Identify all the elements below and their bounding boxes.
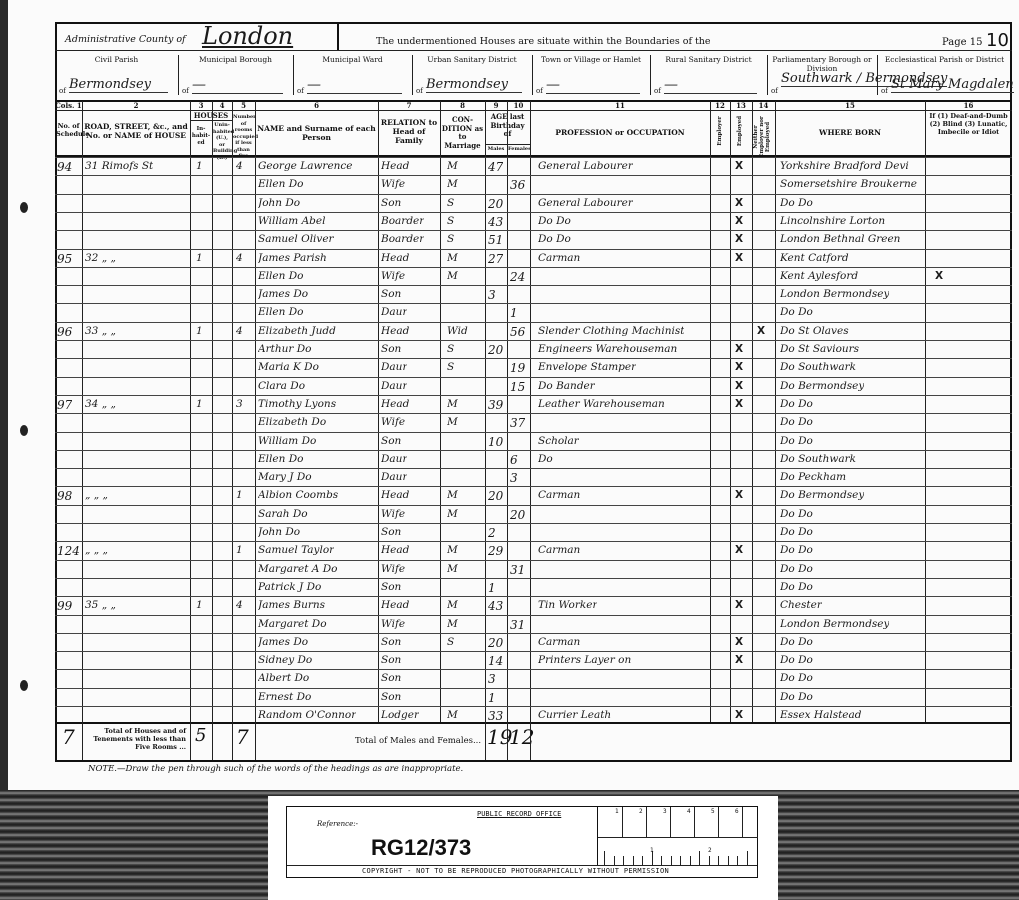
birthplace: Do Do: [780, 563, 813, 575]
birthplace: London Bermondsey: [780, 618, 889, 630]
person-name: Ernest Do: [258, 691, 311, 703]
marital-condition: M: [447, 544, 458, 556]
marital-condition: M: [447, 709, 458, 721]
birthplace: Do Do: [780, 581, 813, 593]
employed-mark: X: [735, 654, 743, 666]
marital-condition: S: [447, 197, 454, 209]
rooms-count: 3: [236, 398, 243, 410]
person-name: William Do: [258, 435, 316, 447]
birthplace: Do Bermondsey: [780, 489, 864, 501]
footnote: NOTE.—Draw the pen through such of the w…: [88, 764, 463, 774]
occupation: Carman: [538, 544, 580, 556]
age-female: 3: [510, 471, 518, 485]
relation: Wife: [381, 178, 405, 190]
table-row: Ernest DoSon1Do Do: [0, 689, 1019, 707]
relation: Son: [381, 672, 401, 684]
relation: Son: [381, 288, 401, 300]
table-row: 9431 Rimofs St14George LawrenceHeadM47Ge…: [0, 158, 1019, 176]
birthplace: Do Do: [780, 672, 813, 684]
ruler-tick-label: 5: [711, 808, 715, 815]
person-name: James Do: [258, 288, 308, 300]
age-male: 20: [488, 489, 503, 503]
age-male: 10: [488, 435, 503, 449]
person-name: Margaret Do: [258, 618, 327, 630]
neither-mark: X: [757, 325, 765, 337]
table-row: Ellen DoWifeM24Kent AylesfordX: [0, 268, 1019, 286]
employed-mark: X: [735, 160, 743, 172]
marital-condition: M: [447, 270, 458, 282]
person-name: Albion Coombs: [258, 489, 338, 501]
header-field-urban-sanitary-district: Urban Sanitary DistrictofBermondsey: [412, 51, 532, 100]
header-field-ecclesiastical-parish-or-district: Ecclesiastical Parish or DistrictofSt Ma…: [877, 51, 1012, 100]
table-row: Patrick J DoSon1Do Do: [0, 579, 1019, 597]
marital-condition: M: [447, 252, 458, 264]
relation: Son: [381, 197, 401, 209]
reference-label: PUBLIC RECORD OFFICE Reference:- RG12/37…: [268, 796, 778, 900]
employed-mark: X: [735, 380, 743, 392]
table-row: 9734 „ „13Timothy LyonsHeadM39Leather Wa…: [0, 396, 1019, 414]
occupation: Carman: [538, 489, 580, 501]
column-number: 9: [485, 102, 507, 110]
table-row: John DoSonS20General LabourerXDo Do: [0, 195, 1019, 213]
birthplace: Do Southwark: [780, 453, 856, 465]
marital-condition: S: [447, 233, 454, 245]
inhabited-count: 1: [196, 599, 203, 611]
total-houses-label: Total of Houses and of Tenements with le…: [86, 727, 186, 751]
age-female: 1: [510, 306, 518, 320]
header-field-label: Urban Sanitary District: [412, 55, 532, 64]
person-name: Arthur Do: [258, 343, 311, 355]
schedule-number: 99: [57, 599, 72, 613]
age-male: 2: [488, 526, 496, 540]
marital-condition: M: [447, 618, 458, 630]
column-number: Cols. 1: [55, 102, 82, 110]
table-row: Margaret DoWifeM31London Bermondsey: [0, 616, 1019, 634]
marital-condition: M: [447, 160, 458, 172]
birthplace: Do Do: [780, 526, 813, 538]
birthplace: Do Do: [780, 435, 813, 447]
birthplace: Do Do: [780, 508, 813, 520]
age-female: 20: [510, 508, 525, 522]
admin-county-value: London: [202, 22, 293, 50]
age-male: 14: [488, 654, 503, 668]
age-male: 3: [488, 288, 496, 302]
table-row: 9633 „ „14Elizabeth JuddHeadWid56Slender…: [0, 323, 1019, 341]
marital-condition: Wid: [447, 325, 468, 337]
reference-prefix: Reference:-: [317, 820, 358, 828]
relation: Daur: [381, 453, 407, 465]
column-header-c7: RELATION to Head of Family: [379, 118, 439, 145]
age-male: 3: [488, 672, 496, 686]
employed-mark: X: [735, 343, 743, 355]
birthplace: Do St Saviours: [780, 343, 859, 355]
birthplace: Do Peckham: [780, 471, 846, 483]
header-field-value: —: [546, 77, 640, 94]
birthplace: Do Do: [780, 654, 813, 666]
header-field-label: Civil Parish: [55, 55, 178, 64]
header-field-label: Town or Village or Hamlet: [532, 55, 650, 64]
employed-mark: X: [735, 544, 743, 556]
occupation: Envelope Stamper: [538, 361, 636, 373]
birthplace: Do St Olaves: [780, 325, 849, 337]
relation: Daur: [381, 380, 407, 392]
of-label: of: [771, 87, 778, 95]
column-header-c14: Neither Employer nor Employed: [753, 115, 771, 159]
age-male: 27: [488, 252, 503, 266]
birthplace: Do Do: [780, 306, 813, 318]
occupation: Carman: [538, 252, 580, 264]
employed-mark: X: [735, 197, 743, 209]
table-row: Margaret A DoWifeM31Do Do: [0, 561, 1019, 579]
total-houses: 5: [195, 725, 206, 746]
age-male: 1: [488, 581, 496, 595]
age-female: 19: [510, 361, 525, 375]
age-male: 29: [488, 544, 503, 558]
of-label: of: [297, 87, 304, 95]
column-header-c1: No. of Schedule: [56, 122, 81, 138]
occupation: Printers Layer on: [538, 654, 631, 666]
of-label: of: [182, 87, 189, 95]
marital-condition: S: [447, 343, 454, 355]
table-row: Clara DoDaur15Do BanderXDo Bermondsey: [0, 378, 1019, 396]
marital-condition: M: [447, 508, 458, 520]
column-header-c2: ROAD, STREET, &c., and No. or NAME of HO…: [83, 122, 189, 140]
birthplace: London Bethnal Green: [780, 233, 900, 245]
relation: Boarder: [381, 233, 424, 245]
occupation: Engineers Warehouseman: [538, 343, 677, 355]
person-name: Elizabeth Do: [258, 416, 326, 428]
column-header-c6: NAME and Surname of each Person: [256, 124, 377, 142]
age-male: 20: [488, 636, 503, 650]
header-field-civil-parish: Civil ParishofBermondsey: [55, 51, 178, 100]
infirmity-mark: X: [935, 270, 943, 282]
ruler-tick-label: 1: [615, 808, 619, 815]
marital-condition: M: [447, 563, 458, 575]
relation: Wife: [381, 563, 405, 575]
age-male: 51: [488, 233, 503, 247]
column-number: 8: [440, 102, 485, 110]
person-name: Mary J Do: [258, 471, 312, 483]
table-row: Albert DoSon3Do Do: [0, 670, 1019, 688]
column-number: 3: [190, 102, 212, 110]
relation: Boarder: [381, 215, 424, 227]
header-field-municipal-ward: Municipal Wardof—: [293, 51, 412, 100]
header-field-label: Rural Sanitary District: [650, 55, 767, 64]
table-row: Sarah DoWifeM20Do Do: [0, 506, 1019, 524]
table-row: Ellen DoDaur6DoDo Southwark: [0, 451, 1019, 469]
road-address: 34 „ „: [85, 398, 116, 410]
measurement-ruler: 12345612: [597, 807, 758, 865]
age-female: 15: [510, 380, 525, 394]
relation: Son: [381, 691, 401, 703]
occupation: General Labourer: [538, 197, 633, 209]
birthplace: Somersetshire Broukerne: [780, 178, 917, 190]
admin-county-label: Administrative County of: [65, 34, 186, 45]
of-label: of: [536, 87, 543, 95]
person-name: John Do: [258, 197, 300, 209]
relation: Daur: [381, 361, 407, 373]
occupation: Do Do: [538, 233, 571, 245]
employed-mark: X: [735, 636, 743, 648]
schedule-number: 95: [57, 252, 72, 266]
column-header-c15: WHERE BORN: [776, 128, 924, 137]
column-header-c13: Employed: [737, 109, 743, 153]
occupation: Currier Leath: [538, 709, 611, 721]
table-row: Samuel OliverBoarderS51Do DoXLondon Beth…: [0, 231, 1019, 249]
column-number: 16: [925, 102, 1012, 110]
marital-condition: S: [447, 636, 454, 648]
occupation: Slender Clothing Machinist: [538, 325, 684, 337]
ruler-tick-label: 3: [663, 808, 667, 815]
relation: Wife: [381, 618, 405, 630]
inhabited-count: 1: [196, 325, 203, 337]
header-field-value: —: [192, 77, 283, 94]
occupation: General Labourer: [538, 160, 633, 172]
marital-condition: M: [447, 178, 458, 190]
column-header-c9: Males: [486, 146, 506, 153]
inhabited-count: 1: [196, 398, 203, 410]
birthplace: Do Bermondsey: [780, 380, 864, 392]
column-number: 11: [530, 102, 710, 110]
age-female: 56: [510, 325, 525, 339]
relation: Daur: [381, 471, 407, 483]
ruler-tick-label: 4: [687, 808, 691, 815]
rooms-count: 4: [236, 599, 243, 611]
header-field-rural-sanitary-district: Rural Sanitary Districtof—: [650, 51, 767, 100]
person-name: Ellen Do: [258, 306, 303, 318]
employed-mark: X: [735, 398, 743, 410]
person-name: Clara Do: [258, 380, 305, 392]
relation: Son: [381, 435, 401, 447]
relation: Head: [381, 398, 409, 410]
header-field-value: St Mary Magdalen: [891, 77, 1014, 93]
occupation: Do: [538, 453, 553, 465]
person-name: Samuel Oliver: [258, 233, 334, 245]
person-name: John Do: [258, 526, 300, 538]
ruler-tick-label: 2: [639, 808, 643, 815]
marital-condition: S: [447, 215, 454, 227]
column-header-c11: PROFESSION or OCCUPATION: [531, 128, 709, 137]
header-field-municipal-borough: Municipal Boroughof—: [178, 51, 293, 100]
employed-mark: X: [735, 489, 743, 501]
person-name: Elizabeth Judd: [258, 325, 336, 337]
ruler-tick-label: 6: [735, 808, 739, 815]
schedule-number: 98: [57, 489, 72, 503]
marital-condition: M: [447, 489, 458, 501]
occupation: Do Do: [538, 215, 571, 227]
ruler-tick-label: 2: [708, 847, 712, 854]
column-number: 7: [378, 102, 440, 110]
relation: Wife: [381, 270, 405, 282]
person-name: James Burns: [258, 599, 325, 611]
age-female: 24: [510, 270, 525, 284]
person-name: Samuel Taylor: [258, 544, 334, 556]
age-female: 31: [510, 618, 525, 632]
age-male: 20: [488, 197, 503, 211]
age-male: 47: [488, 160, 503, 174]
relation: Head: [381, 544, 409, 556]
header-field-parliamentary-borough-or-division: Parliamentary Borough or DivisionofSouth…: [767, 51, 877, 100]
table-row: Ellen DoWifeM36Somersetshire Broukerne: [0, 176, 1019, 194]
relation: Son: [381, 343, 401, 355]
relation: Wife: [381, 416, 405, 428]
copyright-notice: COPYRIGHT - NOT TO BE REPRODUCED PHOTOGR…: [362, 867, 669, 875]
person-name: Timothy Lyons: [258, 398, 336, 410]
person-name: Ellen Do: [258, 270, 303, 282]
person-name: Random O'Connor: [258, 709, 356, 721]
road-address: „ „ „: [85, 544, 108, 556]
relation: Head: [381, 325, 409, 337]
header-field-value: —: [664, 77, 757, 94]
birthplace: Kent Aylesford: [780, 270, 858, 282]
age-male: 43: [488, 215, 503, 229]
schedule-number: 94: [57, 160, 72, 174]
boundaries-text: The undermentioned Houses are situate wi…: [376, 36, 711, 47]
marital-condition: M: [447, 398, 458, 410]
relation: Son: [381, 526, 401, 538]
person-name: Maria K Do: [258, 361, 319, 373]
relation: Lodger: [381, 709, 419, 721]
relation: Head: [381, 252, 409, 264]
header-field-value: —: [307, 77, 402, 94]
relation: Daur: [381, 306, 407, 318]
age-male: 33: [488, 709, 503, 723]
relation: Son: [381, 581, 401, 593]
employed-mark: X: [735, 361, 743, 373]
reference-number: RG12/373: [371, 835, 471, 861]
table-row: Arthur DoSonS20Engineers WarehousemanXDo…: [0, 341, 1019, 359]
table-row: James DoSon3London Bermondsey: [0, 286, 1019, 304]
table-row: William DoSon10ScholarDo Do: [0, 433, 1019, 451]
page-label: Page 15: [942, 37, 982, 48]
rooms-count: 4: [236, 325, 243, 337]
employed-mark: X: [735, 599, 743, 611]
rooms-count: 1: [236, 544, 243, 556]
table-row: James DoSonS20CarmanXDo Do: [0, 634, 1019, 652]
column-number: 5: [232, 102, 255, 110]
road-address: 31 Rimofs St: [85, 160, 153, 172]
inhabited-count: 1: [196, 252, 203, 264]
relation: Son: [381, 636, 401, 648]
relation: Wife: [381, 508, 405, 520]
occupation: Scholar: [538, 435, 579, 447]
birthplace: Do Do: [780, 197, 813, 209]
person-name: Sidney Do: [258, 654, 312, 666]
rooms-count: 4: [236, 160, 243, 172]
age-female: 6: [510, 453, 518, 467]
header-field-label: Municipal Ward: [293, 55, 412, 64]
header-field-label: Ecclesiastical Parish or District: [877, 55, 1012, 64]
table-row: 9532 „ „14James ParishHeadM27CarmanXKent…: [0, 250, 1019, 268]
age-male: 20: [488, 343, 503, 357]
marital-condition: S: [447, 361, 454, 373]
birthplace: Do Southwark: [780, 361, 856, 373]
of-label: of: [654, 87, 661, 95]
employed-mark: X: [735, 215, 743, 227]
birthplace: London Bermondsey: [780, 288, 889, 300]
table-row: Ellen DoDaur1Do Do: [0, 304, 1019, 322]
header-field-town-or-village-or-hamlet: Town or Village or Hamletof—: [532, 51, 650, 100]
relation: Son: [381, 654, 401, 666]
employed-mark: X: [735, 709, 743, 721]
of-label: of: [881, 87, 888, 95]
birthplace: Yorkshire Bradford Devi: [780, 160, 909, 172]
column-number: 6: [255, 102, 378, 110]
birthplace: Chester: [780, 599, 822, 611]
header-field-label: Municipal Borough: [178, 55, 293, 64]
relation: Head: [381, 489, 409, 501]
of-label: of: [59, 87, 66, 95]
column-header-c5: Number of rooms occupied if less than fi…: [233, 114, 254, 160]
rooms-count: 1: [236, 489, 243, 501]
column-header-c16: If (1) Deaf-and-Dumb (2) Blind (3) Lunat…: [926, 112, 1011, 136]
rooms-count: 4: [236, 252, 243, 264]
column-number: 14: [752, 102, 775, 110]
column-header-c4: Unin-habited (U.), or Building (B.): [213, 122, 231, 161]
age-male: 1: [488, 691, 496, 705]
total-persons-label: Total of Males and Females...: [355, 736, 481, 746]
page-number: 10: [986, 30, 1009, 51]
total-schedules: 7: [62, 725, 75, 749]
age-female: 37: [510, 416, 525, 430]
birthplace: Essex Halstead: [780, 709, 862, 721]
person-name: William Abel: [258, 215, 325, 227]
road-address: 32 „ „: [85, 252, 116, 264]
admin-county-box: Administrative County of London: [57, 24, 339, 51]
table-row: Maria K DoDaurS19Envelope StamperXDo Sou…: [0, 359, 1019, 377]
age-female: 31: [510, 563, 525, 577]
birthplace: Do Do: [780, 416, 813, 428]
record-office-name: PUBLIC RECORD OFFICE: [477, 810, 561, 818]
table-row: William AbelBoarderS43Do DoXLincolnshire…: [0, 213, 1019, 231]
table-row: 9935 „ „14James BurnsHeadM43Tin WorkerXC…: [0, 597, 1019, 615]
road-address: 35 „ „: [85, 599, 116, 611]
birthplace: Do Do: [780, 398, 813, 410]
occupation: Tin Worker: [538, 599, 597, 611]
column-header-c8: CON-DITION as to Marriage: [441, 116, 484, 150]
relation: Head: [381, 599, 409, 611]
age-male: 43: [488, 599, 503, 613]
column-header-c3: In-habit-ed: [191, 126, 211, 147]
occupation: Do Bander: [538, 380, 595, 392]
table-row: Sidney DoSon14Printers Layer onXDo Do: [0, 652, 1019, 670]
person-name: Albert Do: [258, 672, 309, 684]
table-row: 98„ „ „1Albion CoombsHeadM20CarmanXDo Be…: [0, 487, 1019, 505]
column-number: 2: [82, 102, 190, 110]
person-name: Ellen Do: [258, 178, 303, 190]
birthplace: Do Do: [780, 636, 813, 648]
schedule-number: 124: [57, 544, 80, 558]
column-number: 15: [775, 102, 925, 110]
occupation: Carman: [538, 636, 580, 648]
person-name: James Parish: [258, 252, 327, 264]
column-header-c10: Females: [508, 146, 529, 153]
marital-condition: M: [447, 416, 458, 428]
person-name: Margaret A Do: [258, 563, 337, 575]
birthplace: Do Do: [780, 544, 813, 556]
person-name: George Lawrence: [258, 160, 353, 172]
table-row: John DoSon2Do Do: [0, 524, 1019, 542]
header-field-value: Bermondsey: [426, 77, 522, 93]
of-label: of: [416, 87, 423, 95]
birthplace: Kent Catford: [780, 252, 849, 264]
census-page: Administrative County of London The unde…: [0, 0, 1019, 790]
table-row: 124„ „ „1Samuel TaylorHeadM29CarmanXDo D…: [0, 542, 1019, 560]
age-male: 39: [488, 398, 503, 412]
ruler-tick-label: 1: [650, 847, 654, 854]
inhabited-count: 1: [196, 160, 203, 172]
column-number: 10: [507, 102, 530, 110]
